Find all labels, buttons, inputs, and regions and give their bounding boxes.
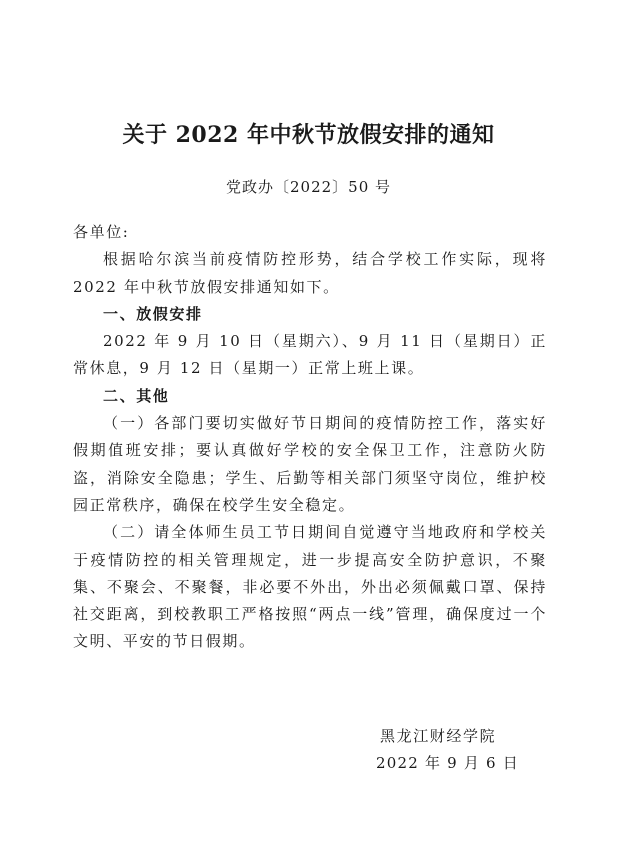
document-page: 关于 2022 年中秋节放假安排的通知 党政办〔2022〕50 号 各单位: 根… xyxy=(0,0,617,852)
signature-org: 黑龙江财经学院 xyxy=(380,725,496,746)
other-paragraph-2: （二）请全体师生员工节日期间自觉遵守当地政府和学校关于疫情防控的相关管理规定，进… xyxy=(73,519,547,655)
intro-paragraph: 根据哈尔滨当前疫情防控形势，结合学校工作实际，现将2022 年中秋节放假安排通知… xyxy=(73,246,547,301)
signature-date: 2022 年 9 月 6 日 xyxy=(376,752,519,773)
section-heading-holiday: 一、放假安排 xyxy=(73,301,547,328)
salutation: 各单位: xyxy=(73,219,547,246)
document-number: 党政办〔2022〕50 号 xyxy=(0,176,617,197)
document-body: 各单位: 根据哈尔滨当前疫情防控形势，结合学校工作实际，现将2022 年中秋节放… xyxy=(73,219,547,656)
other-paragraph-1: （一）各部门要切实做好节日期间的疫情防控工作，落实好假期值班安排；要认真做好学校… xyxy=(73,410,547,519)
holiday-schedule-paragraph: 2022 年 9 月 10 日（星期六）、9 月 11 日（星期日）正常休息，9… xyxy=(73,328,547,383)
document-title: 关于 2022 年中秋节放假安排的通知 xyxy=(0,118,617,149)
section-heading-other: 二、其他 xyxy=(73,383,547,410)
